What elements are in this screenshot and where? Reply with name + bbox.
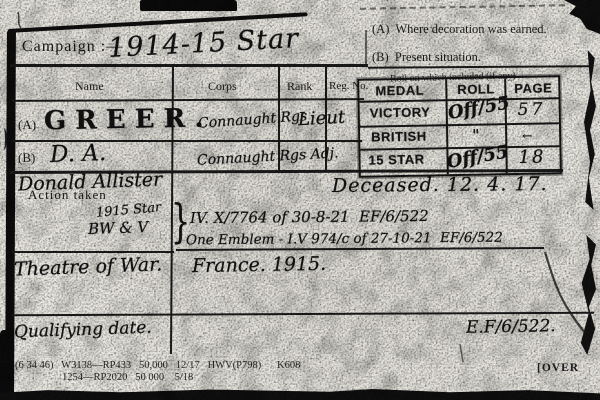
stamp-roll-british-ditto: " (472, 126, 480, 145)
action-entry-2: One Emblem - I.V 974/c of 27-10-21 EF/6/… (186, 230, 503, 249)
rowB-name: D. A. (50, 140, 107, 168)
rowA-prefix: (A) (18, 117, 36, 133)
rowA-name: G R E E R . (44, 104, 204, 137)
stamp-medal-british: BRITISH (371, 129, 427, 145)
footer-print-line2: 1254—RP2020 50 000 5/18 (62, 372, 193, 383)
stamp-header-medal: MEDAL (375, 83, 424, 99)
medal-stamp-table: MEDAL ROLL PAGE VICTORY BRITISH 15 STAR … (357, 75, 562, 178)
header-corps: Corps (208, 79, 237, 94)
action-taken-label: Action taken (28, 187, 107, 203)
qualifying-ref: E.F/6/522. (466, 316, 556, 338)
stamp-page-british-mark: ← (522, 129, 532, 143)
theatre-value: France. 1915. (192, 253, 327, 277)
stamp-roll-victory: Off/55 (446, 92, 511, 123)
legend-where-earned: (A) Where decoration was earned. (372, 22, 547, 37)
stamp-page-victory: 57 (518, 100, 546, 120)
stamp-grid-h2 (360, 122, 559, 127)
rule-action-bottom-left (12, 251, 174, 253)
rule-campaign-right (365, 30, 367, 66)
action-note-line2: BW & V (88, 218, 149, 238)
header-rank: Rank (287, 79, 312, 94)
rule-campaign-bottom (10, 64, 368, 67)
footer-over-label: [OVER (537, 362, 579, 374)
header-name: Name (75, 79, 104, 94)
stamp-header-page: PAGE (514, 80, 552, 96)
action-entry-1: IV. X/7764 of 30-8-21 EF/6/522 (190, 207, 429, 227)
stamp-medal-victory: VICTORY (370, 105, 431, 121)
deceased-note: Deceased. 12. 4. 17. (332, 173, 548, 197)
stamp-page-15star: 18 (518, 147, 545, 168)
footer-print-line1: (6 34 46) W3138—RP433 50,000 12/17 HWV(P… (15, 360, 300, 371)
legend-present-situation: (B) Present situation. (372, 50, 481, 65)
medal-index-card-scan: Campaign :— 1914-15 Star (A) Where decor… (0, 0, 600, 400)
rowB-prefix: (B) (18, 150, 35, 166)
rowA-rank: Lieut (297, 107, 345, 130)
stamp-medal-15star: 15 STAR (368, 152, 424, 168)
